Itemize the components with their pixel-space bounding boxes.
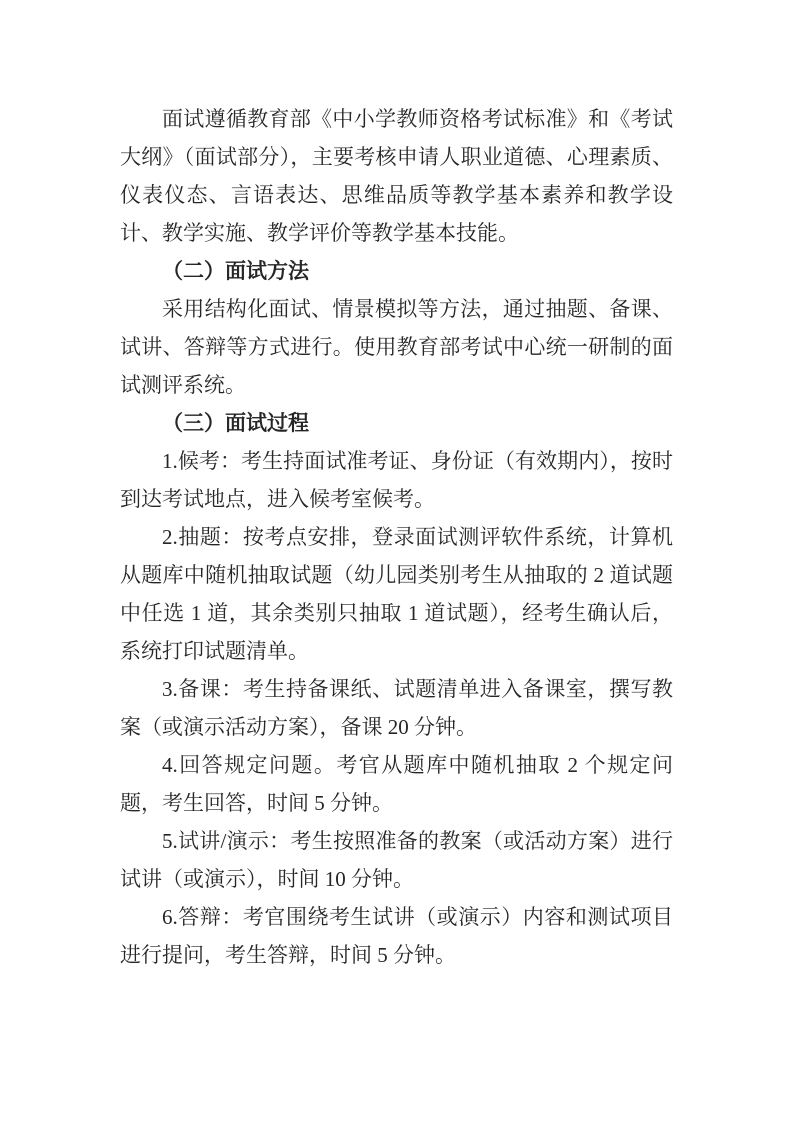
- paragraph: 4.回答规定问题。考官从题库中随机抽取 2 个规定问题，考生回答，时间 5 分钟…: [120, 746, 673, 822]
- paragraph: 5.试讲/演示：考生按照准备的教案（或活动方案）进行试讲（或演示），时间 10 …: [120, 822, 673, 898]
- paragraph: 1.候考：考生持面试准考证、身份证（有效期内），按时到达考试地点，进入候考室候考…: [120, 442, 673, 518]
- paragraph: 3.备课：考生持备课纸、试题清单进入备课室，撰写教案（或演示活动方案），备课 2…: [120, 670, 673, 746]
- paragraph: 面试遵循教育部《中小学教师资格考试标准》和《考试大纲》（面试部分），主要考核申请…: [120, 100, 673, 252]
- paragraph: 2.抽题：按考点安排，登录面试测评软件系统，计算机从题库中随机抽取试题（幼儿园类…: [120, 518, 673, 670]
- paragraph: 采用结构化面试、情景模拟等方法，通过抽题、备课、试讲、答辩等方式进行。使用教育部…: [120, 290, 673, 404]
- section-heading: （二）面试方法: [120, 252, 673, 290]
- document-body: 面试遵循教育部《中小学教师资格考试标准》和《考试大纲》（面试部分），主要考核申请…: [120, 100, 673, 974]
- section-heading: （三）面试过程: [120, 404, 673, 442]
- document-page: 面试遵循教育部《中小学教师资格考试标准》和《考试大纲》（面试部分），主要考核申请…: [0, 0, 793, 1122]
- paragraph: 6.答辩：考官围绕考生试讲（或演示）内容和测试项目进行提问，考生答辩，时间 5 …: [120, 898, 673, 974]
